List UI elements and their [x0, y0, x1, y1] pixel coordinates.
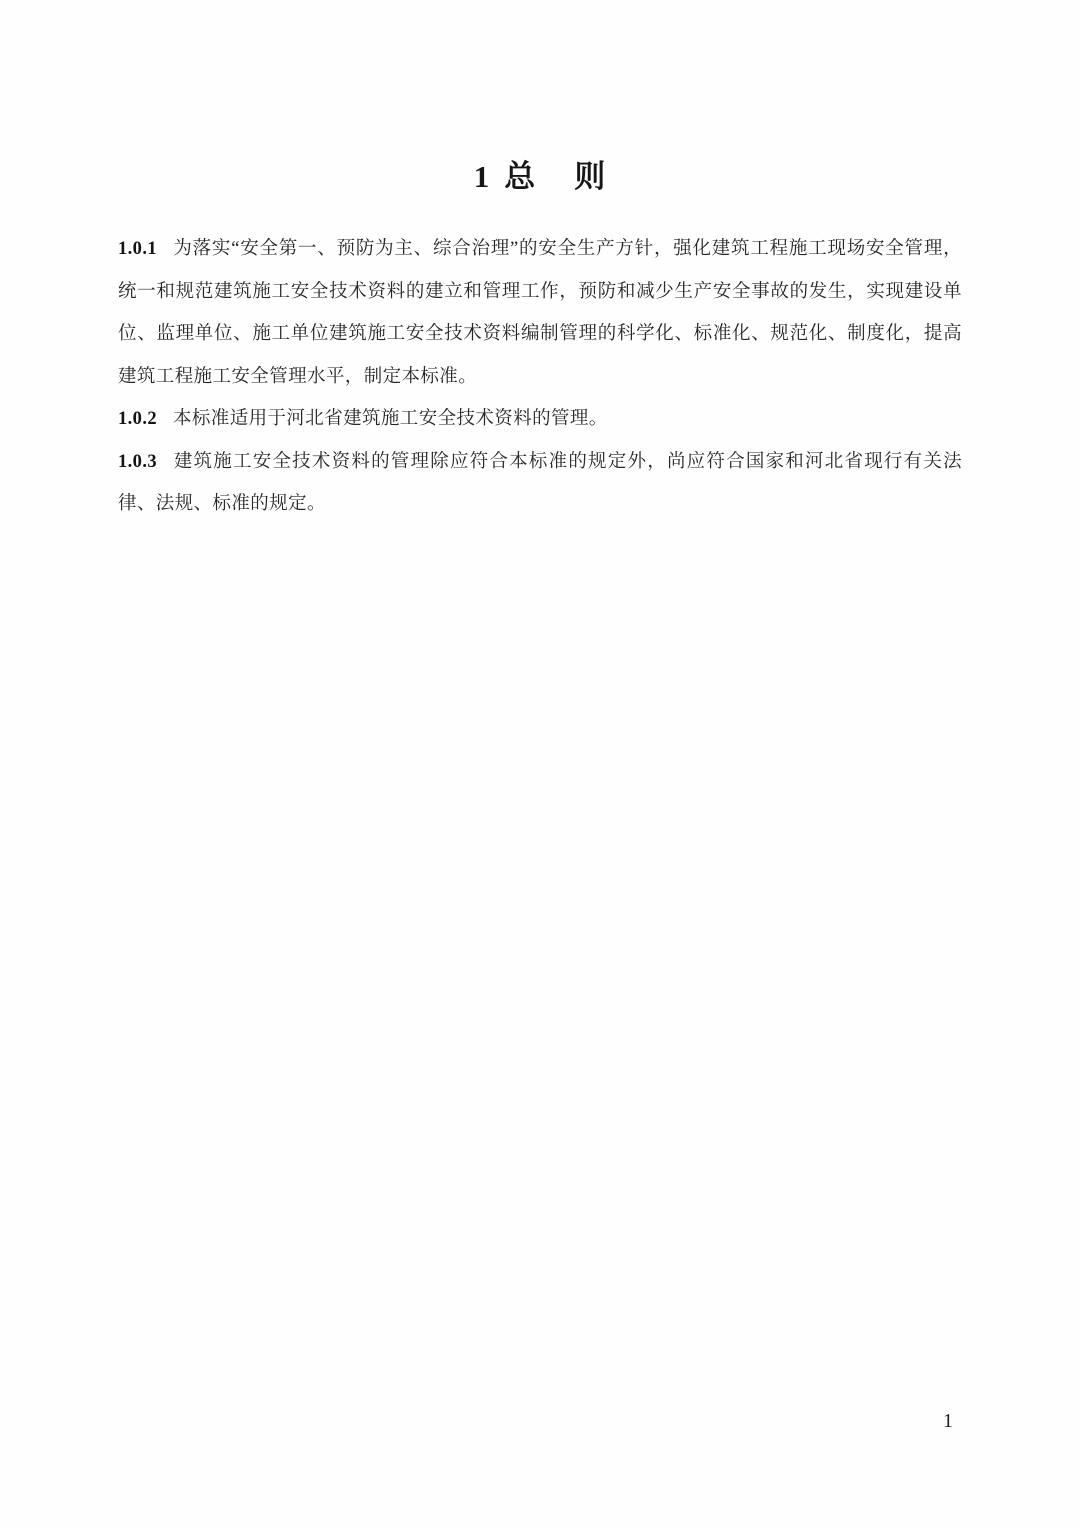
- clause-text: 本标准适用于河北省建筑施工安全技术资料的管理。: [173, 409, 608, 429]
- clause-1-0-2: 1.0.2本标准适用于河北省建筑施工安全技术资料的管理。: [118, 398, 962, 441]
- clause-text: 建筑施工安全技术资料的管理除应符合本标准的规定外，尚应符合国家和河北省现行有关法…: [118, 452, 962, 515]
- chapter-title: 1总则: [0, 0, 1080, 199]
- clause-1-0-1: 1.0.1为落实“安全第一、预防为主、综合治理”的安全生产方针，强化建筑工程施工…: [118, 228, 962, 398]
- clause-1-0-3: 1.0.3建筑施工安全技术资料的管理除应符合本标准的规定外，尚应符合国家和河北省…: [118, 441, 962, 526]
- chapter-title-word-1: 总: [504, 155, 536, 199]
- chapter-title-word-2: 则: [574, 155, 606, 199]
- chapter-number: 1: [474, 155, 491, 199]
- page-number: 1: [936, 1406, 960, 1436]
- clause-number: 1.0.3: [118, 452, 157, 472]
- clause-number: 1.0.1: [118, 239, 157, 259]
- clause-number: 1.0.2: [118, 409, 157, 429]
- clause-text: 为落实“安全第一、预防为主、综合治理”的安全生产方针，强化建筑工程施工现场安全管…: [118, 239, 962, 387]
- clauses-block: 1.0.1为落实“安全第一、预防为主、综合治理”的安全生产方针，强化建筑工程施工…: [118, 228, 962, 526]
- document-page: 1总则 1.0.1为落实“安全第一、预防为主、综合治理”的安全生产方针，强化建筑…: [0, 0, 1080, 1527]
